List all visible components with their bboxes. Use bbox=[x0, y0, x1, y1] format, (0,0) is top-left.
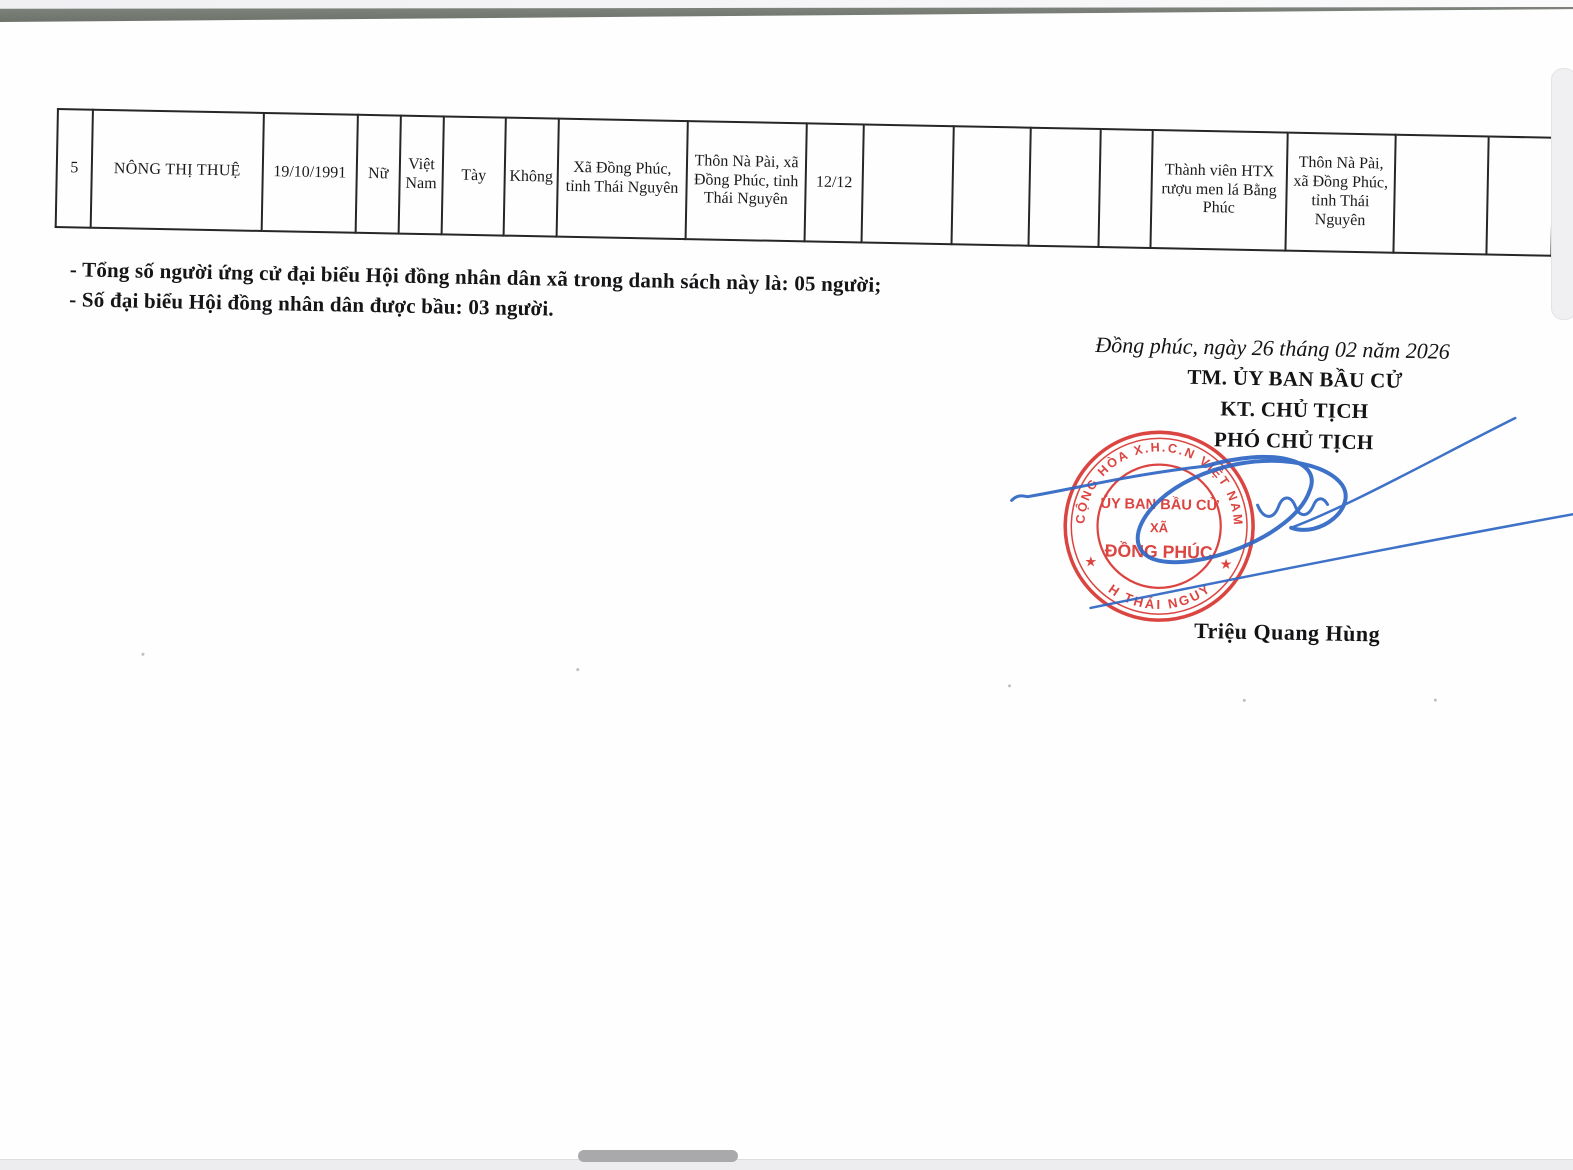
cell-gender: Nữ bbox=[356, 115, 401, 234]
cell-index: 5 bbox=[56, 109, 93, 228]
cell-empty-4 bbox=[1098, 129, 1152, 248]
document-page: 5 NÔNG THỊ THUỆ 19/10/1991 Nữ Việt Nam T… bbox=[0, 0, 1573, 1170]
signature-left-stroke bbox=[1012, 462, 1206, 504]
table-row: 5 NÔNG THỊ THUỆ 19/10/1991 Nữ Việt Nam T… bbox=[56, 109, 1554, 256]
vertical-scrollbar-thumb[interactable] bbox=[1551, 68, 1573, 320]
scan-speck bbox=[1008, 684, 1011, 687]
summary-block: - Tổng số người ứng cử đại biểu Hội đồng… bbox=[69, 254, 882, 330]
scan-page-edge-bar bbox=[0, 7, 1573, 22]
handwritten-signature bbox=[987, 382, 1573, 638]
scan-speck bbox=[576, 668, 579, 671]
horizontal-scrollbar-track[interactable] bbox=[0, 1159, 1573, 1170]
cell-empty-5 bbox=[1393, 135, 1488, 255]
scan-speck bbox=[141, 653, 144, 656]
candidate-table: 5 NÔNG THỊ THUỆ 19/10/1991 Nữ Việt Nam T… bbox=[55, 108, 1555, 257]
horizontal-scrollbar-thumb[interactable] bbox=[578, 1150, 738, 1162]
cell-religion: Không bbox=[504, 118, 559, 237]
cell-full-name: NÔNG THỊ THUỆ bbox=[91, 110, 264, 231]
cell-workplace: Thôn Nà Pài, xã Đồng Phúc, tỉnh Thái Ngu… bbox=[1285, 133, 1395, 253]
cell-occupation: Thành viên HTX rượu men lá Bằng Phúc bbox=[1150, 130, 1287, 251]
cell-empty-2 bbox=[952, 126, 1031, 245]
scan-speck bbox=[1243, 699, 1246, 702]
cell-empty-6 bbox=[1486, 136, 1553, 255]
cell-education: 12/12 bbox=[805, 123, 864, 242]
cell-dob: 19/10/1991 bbox=[262, 113, 358, 233]
cell-birthplace: Xã Đồng Phúc, tỉnh Thái Nguyên bbox=[557, 119, 688, 239]
cell-empty-1 bbox=[862, 124, 954, 244]
cell-ethnicity: Tày bbox=[442, 116, 506, 235]
scanned-content: 5 NÔNG THỊ THUỆ 19/10/1991 Nữ Việt Nam T… bbox=[40, 106, 1573, 996]
scan-speck bbox=[1434, 699, 1437, 702]
cell-empty-3 bbox=[1028, 128, 1100, 247]
cell-nationality: Việt Nam bbox=[399, 116, 444, 235]
cell-residence: Thôn Nà Pài, xã Đồng Phúc, tỉnh Thái Ngu… bbox=[686, 121, 807, 241]
